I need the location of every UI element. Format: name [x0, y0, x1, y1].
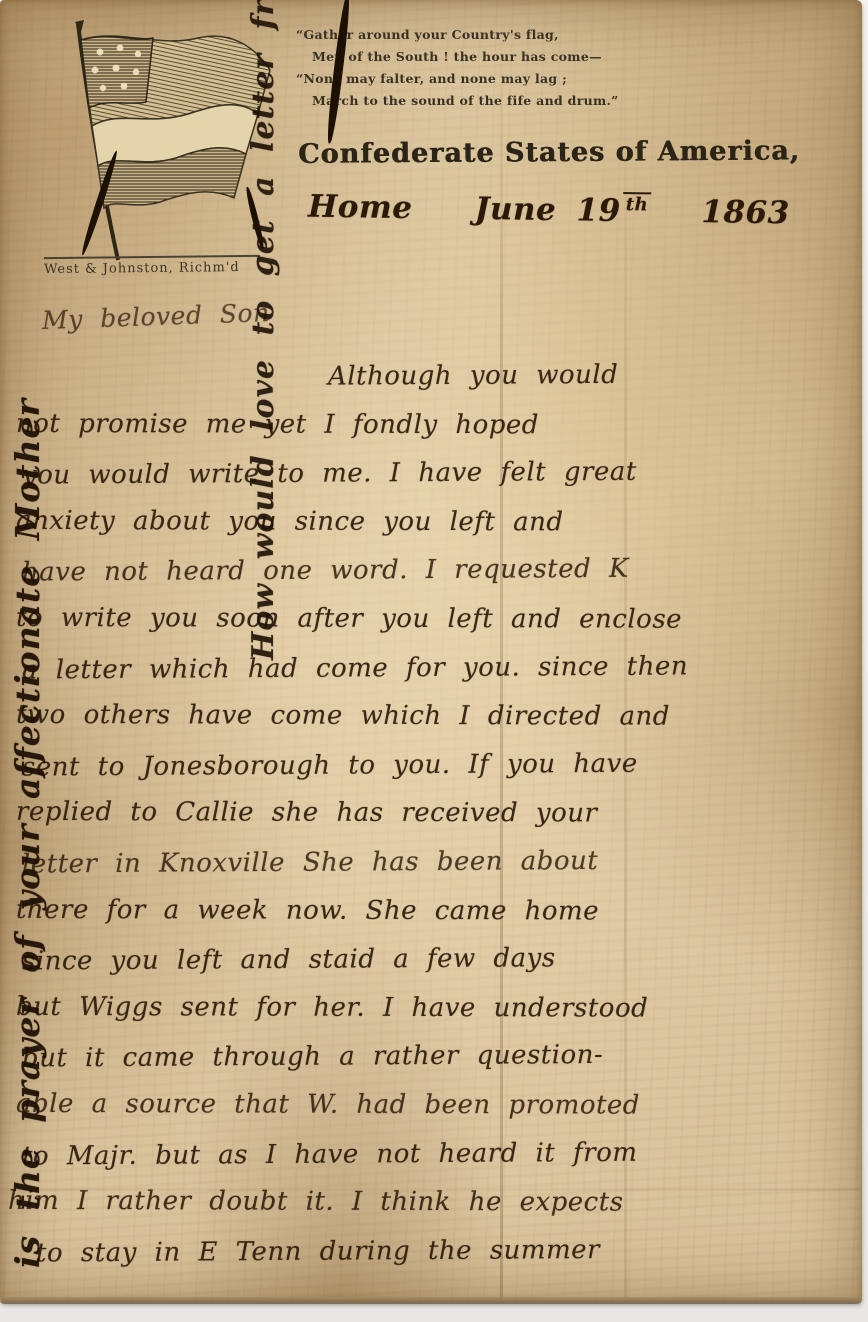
handwritten-line: two others have come which I directed an…	[0, 691, 868, 742]
handwritten-line: you would write to me. I have felt great	[0, 447, 868, 501]
handwritten-line: a letter which had come for you. since t…	[0, 641, 868, 695]
dateline-date: June 19	[475, 191, 621, 229]
handwritten-line: but it came through a rather question-	[0, 1030, 868, 1084]
dateline-ordinal: th	[623, 192, 652, 215]
handwritten-line: anxiety about you since you left and	[0, 497, 868, 548]
handwritten-line: since you left and staid a few days	[0, 932, 868, 986]
handwritten-line: to stay in E Tenn during the summer	[0, 1224, 868, 1278]
verse-line: “Gather around your Country's flag,	[296, 24, 716, 46]
handwritten-line: sent to Jonesborough to you. If you have	[0, 738, 868, 792]
handwritten-line: replied to Callie she has received your	[0, 788, 868, 839]
letterhead-title: Confederate States of America,	[0, 135, 868, 172]
handwritten-line: but Wiggs sent for her. I have understoo…	[0, 983, 868, 1034]
letter-body: Although you would not promise me yet I …	[0, 352, 868, 1275]
handwritten-line: to Majr. but as I have not heard it from	[0, 1127, 868, 1181]
margin-cross-writing-left: is the prayer of your affectionate Mothe…	[8, 398, 47, 1268]
verse-line: Men of the South ! the hour has come—	[296, 46, 716, 68]
verse-line: “None may falter, and none may lag ;	[296, 68, 716, 90]
handwritten-line: letter in Knoxville She has been about	[0, 835, 868, 889]
verse-line: March to the sound of the fife and drum.…	[296, 90, 716, 112]
dateline-year: 1863	[701, 194, 790, 231]
printer-imprint: West & Johnston, Richm'd	[44, 255, 260, 277]
letter-page: “Gather around your Country's flag, Men …	[0, 0, 862, 1302]
handwritten-line: not promise me yet I fondly hoped	[0, 399, 868, 450]
handwritten-line: Although you would	[0, 349, 868, 403]
handwritten-line: there for a week now. She came home	[0, 885, 868, 936]
handwritten-line: able a source that W. had been promoted	[0, 1080, 868, 1131]
salutation: My beloved Son	[42, 298, 271, 335]
scanner-background: “Gather around your Country's flag, Men …	[0, 0, 868, 1322]
handwritten-line: to write you soon after you left and enc…	[0, 594, 868, 645]
letterhead-verse: “Gather around your Country's flag, Men …	[296, 24, 716, 112]
handwritten-line: have not heard one word. I requested K	[0, 544, 868, 598]
dateline: Home June 19th 1863	[308, 189, 790, 232]
margin-cross-writing-inner: How would love to get a letter from you …	[246, 0, 281, 660]
dateline-place: Home	[308, 189, 413, 226]
handwritten-line: him I rather doubt it. I think he expect…	[0, 1177, 868, 1228]
